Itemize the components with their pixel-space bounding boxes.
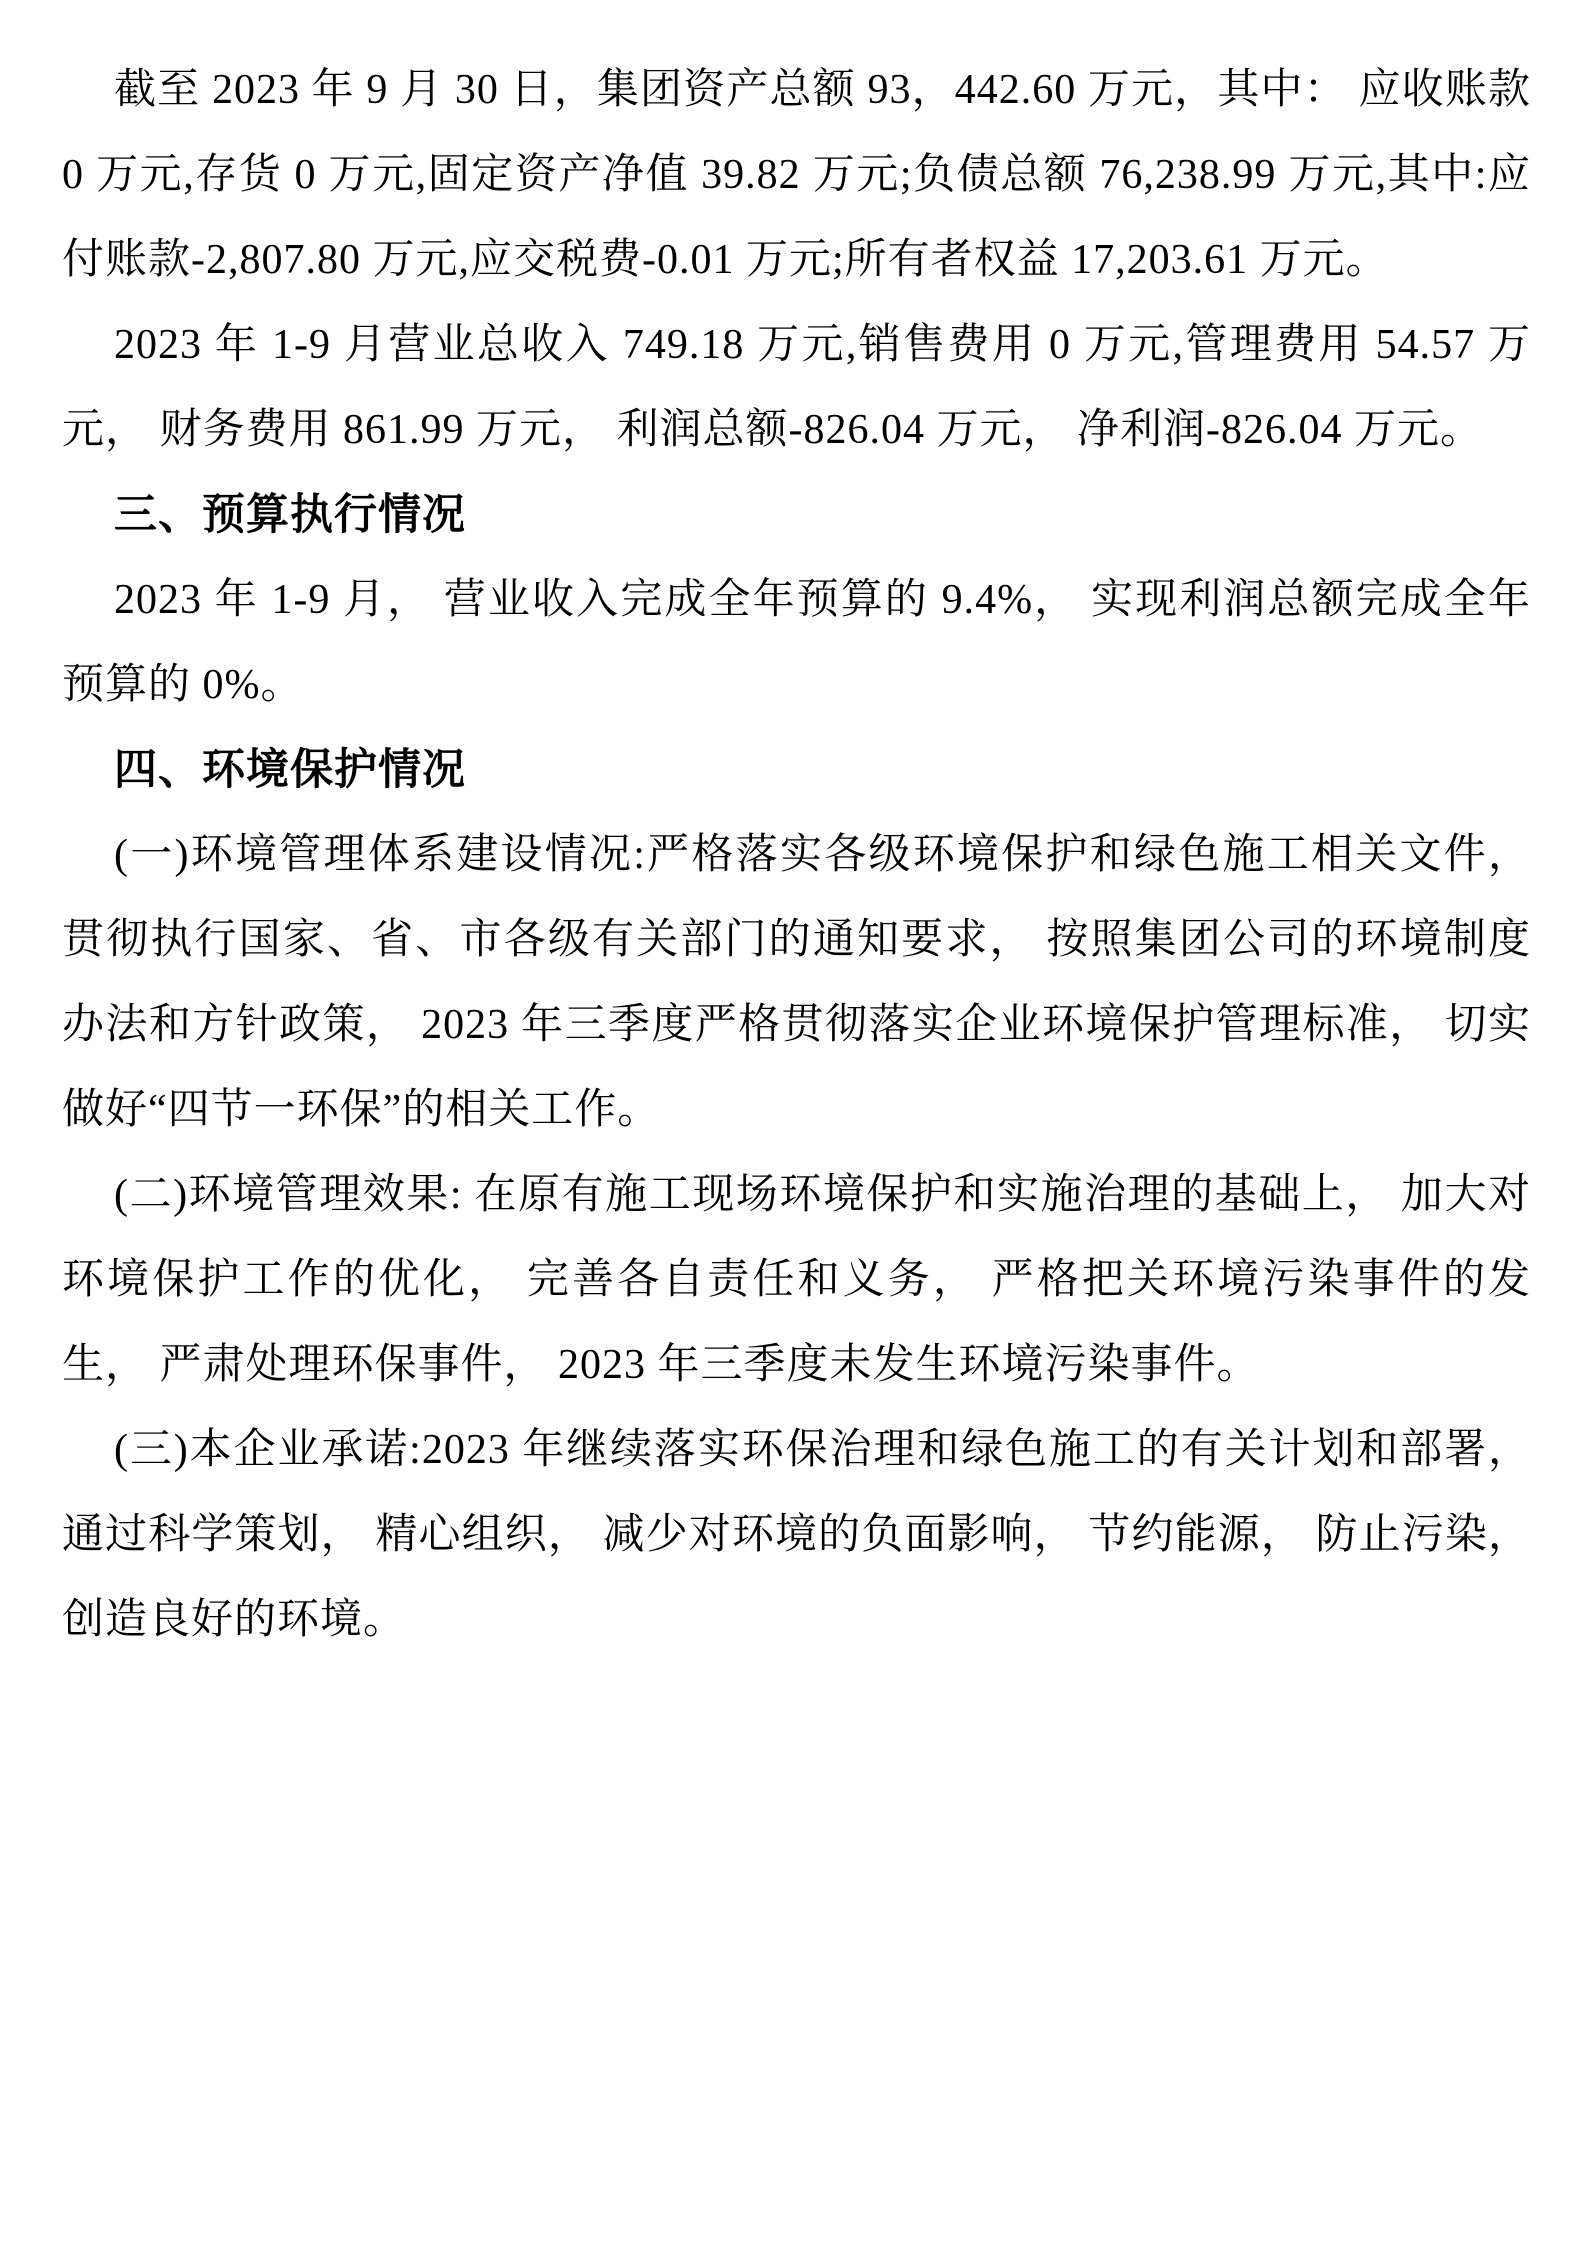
paragraph-environment-system: (一)环境管理体系建设情况:严格落实各级环境保护和绿色施工相关文件， 贯彻执行国… xyxy=(62,813,1531,1153)
paragraph-income-summary: 2023 年 1-9 月营业总收入 749.18 万元,销售费用 0 万元,管理… xyxy=(62,303,1531,473)
paragraph-enterprise-commitment: (三)本企业承诺:2023 年继续落实环保治理和绿色施工的有关计划和部署， 通过… xyxy=(62,1408,1531,1663)
paragraph-environment-effect: (二)环境管理效果: 在原有施工现场环境保护和实施治理的基础上， 加大对环境保护… xyxy=(62,1153,1531,1408)
heading-budget-execution: 三、预算执行情况 xyxy=(62,473,1531,558)
paragraph-asset-summary: 截至 2023 年 9 月 30 日，集团资产总额 93，442.60 万元，其… xyxy=(62,48,1531,303)
paragraph-budget-execution: 2023 年 1-9 月， 营业收入完成全年预算的 9.4%， 实现利润总额完成… xyxy=(62,558,1531,728)
document-page: 截至 2023 年 9 月 30 日，集团资产总额 93，442.60 万元，其… xyxy=(0,0,1587,2245)
heading-environment-protection: 四、环境保护情况 xyxy=(62,728,1531,813)
